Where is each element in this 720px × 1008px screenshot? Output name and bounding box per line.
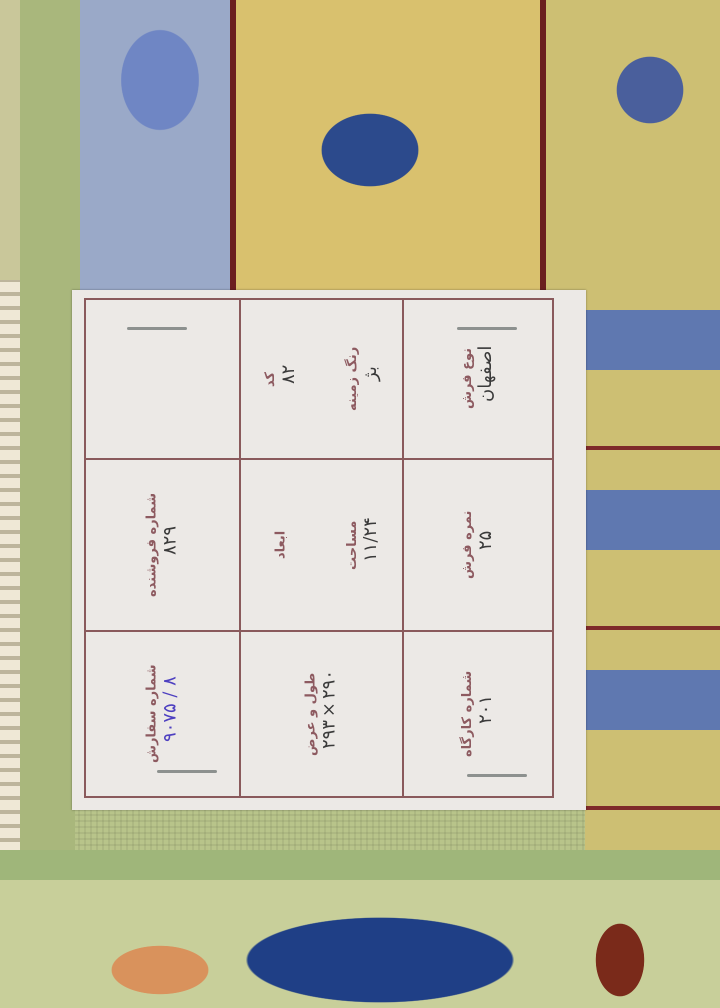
cell-workshop-number: شماره کارگاه ۲۰۱ (404, 632, 552, 796)
cell-label: مساحت (345, 520, 360, 569)
staple (457, 327, 517, 330)
staple (127, 327, 187, 330)
cell-value: ۸۲۹ (160, 526, 181, 555)
rug-bottom-pattern (0, 850, 720, 1008)
rug-top-pattern (0, 0, 720, 290)
cell-knot-count: نمره فرش ۲۵ (404, 460, 552, 630)
cell-label: ابعاد (274, 531, 289, 559)
cell-value: بژ (360, 367, 381, 382)
cell-label: کد (263, 371, 278, 386)
rug-right-border (585, 290, 720, 850)
cell-area: مساحت ۱۱/۲۴ (324, 460, 402, 630)
cell-value: ۸۲ (278, 364, 299, 383)
cell-code: کد ۸۲ (241, 300, 321, 458)
cell-label: نمره فرش (460, 511, 475, 579)
cell-value: ۲۹۰×۲۹۳ (319, 669, 340, 748)
cell-value: ۱۱/۲۴ (360, 518, 381, 563)
rug-label: نوع فرش اصفهان رنگ زمینه بژ کد ۸۲ نمره ف… (72, 290, 586, 810)
cell-value: ۲۰۱ (475, 695, 496, 724)
cell-label: شماره فروشنده (145, 493, 160, 597)
cell-value: ۲۵ (475, 530, 496, 549)
cell-seller-number: شماره فروشنده ۸۲۹ (86, 460, 239, 630)
cell-label: طول و عرض (304, 672, 319, 755)
cell-value: ۸ / ۹۰۷۵ (160, 676, 181, 742)
label-grid: نوع فرش اصفهان رنگ زمینه بژ کد ۸۲ نمره ف… (84, 298, 554, 798)
cell-carpet-type: نوع فرش اصفهان (404, 300, 552, 458)
cell-color: رنگ زمینه بژ (324, 300, 402, 458)
staple (157, 770, 217, 773)
cell-label: شماره سفارش (145, 665, 160, 764)
cell-label: شماره کارگاه (460, 671, 475, 757)
cell-dimensions: ابعاد (241, 460, 321, 630)
cell-width-length: طول و عرض ۲۹۰×۲۹۳ (241, 632, 402, 796)
cell-label: نوع فرش (460, 349, 475, 410)
rug-fringe (0, 280, 20, 880)
cell-label: رنگ زمینه (345, 347, 360, 411)
staple (467, 774, 527, 777)
cell-value: اصفهان (475, 346, 496, 402)
